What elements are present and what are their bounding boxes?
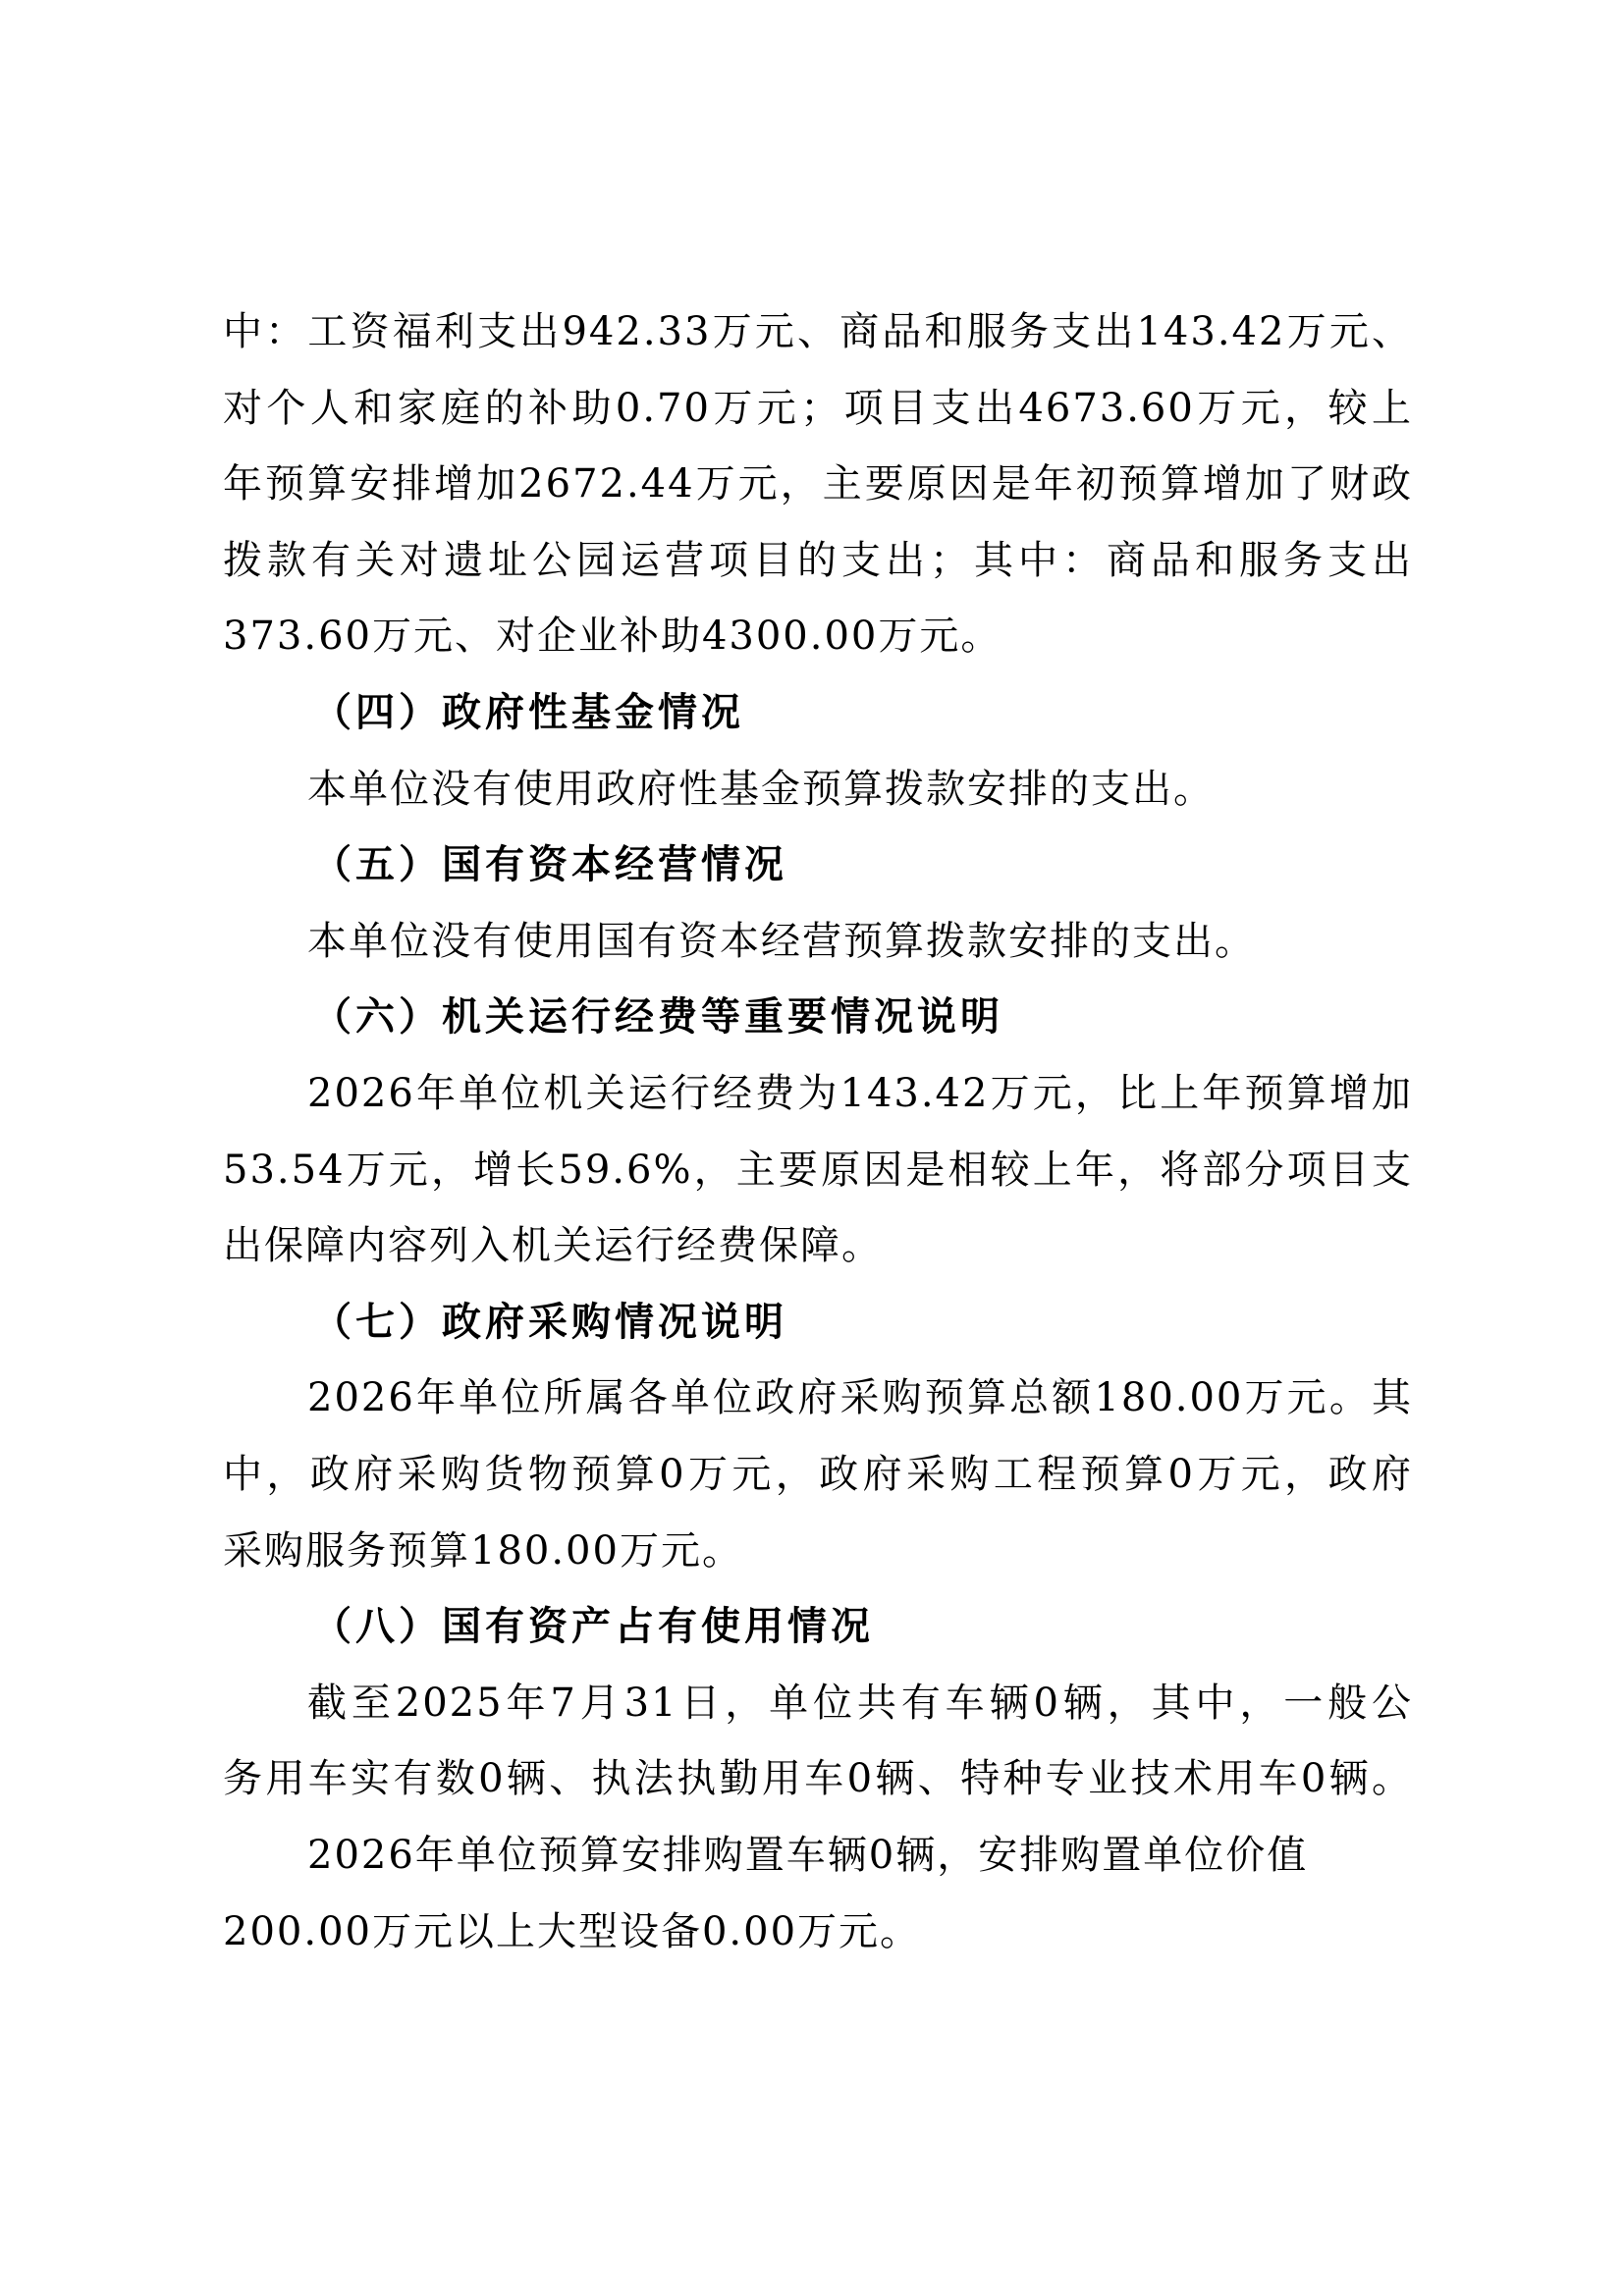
body-line: 373.60万元、对企业补助4300.00万元。 [223,609,1413,664]
section-heading-seven: （七）政府采购情况说明 [312,1295,787,1350]
body-line: 本单位没有使用政府性基金预算拨款安排的支出。 [307,762,1413,817]
body-line: 200.00万元以上大型设备0.00万元。 [223,1904,1413,1959]
body-line: 对个人和家庭的补助0.70万元；项目支出4673.60万元，较上 [223,381,1413,436]
body-line: 中：工资福利支出942.33万元、商品和服务支出143.42万元、 [223,304,1413,359]
section-heading-six: （六）机关运行经费等重要情况说明 [312,989,1003,1044]
body-line: 2026年单位机关运行经费为143.42万元，比上年预算增加 [307,1066,1413,1121]
section-heading-eight: （八）国有资产占有使用情况 [312,1599,874,1654]
body-line: 出保障内容列入机关运行经费保障。 [223,1218,1413,1273]
body-line: 中，政府采购货物预算0万元，政府采购工程预算0万元，政府 [223,1447,1413,1502]
section-heading-five: （五）国有资本经营情况 [312,837,787,892]
body-line: 年预算安排增加2672.44万元，主要原因是年初预算增加了财政 [223,456,1413,511]
body-line: 2026年单位预算安排购置车辆0辆，安排购置单位价值 [307,1828,1413,1883]
body-line: 本单位没有使用国有资本经营预算拨款安排的支出。 [307,914,1413,969]
body-line: 2026年单位所属各单位政府采购预算总额180.00万元。其 [307,1370,1413,1425]
body-line: 53.54万元，增长59.6%，主要原因是相较上年，将部分项目支 [223,1143,1413,1198]
body-line: 采购服务预算180.00万元。 [223,1523,1413,1578]
body-line: 截至2025年7月31日，单位共有车辆0辆，其中，一般公 [307,1676,1413,1731]
body-line: 拨款有关对遗址公园运营项目的支出；其中：商品和服务支出 [223,533,1413,588]
body-line: 务用车实有数0辆、执法执勤用车0辆、特种专业技术用车0辆。 [223,1751,1413,1806]
document-page: 中：工资福利支出942.33万元、商品和服务支出143.42万元、 对个人和家庭… [0,0,1624,2296]
section-heading-four: （四）政府性基金情况 [312,685,744,740]
